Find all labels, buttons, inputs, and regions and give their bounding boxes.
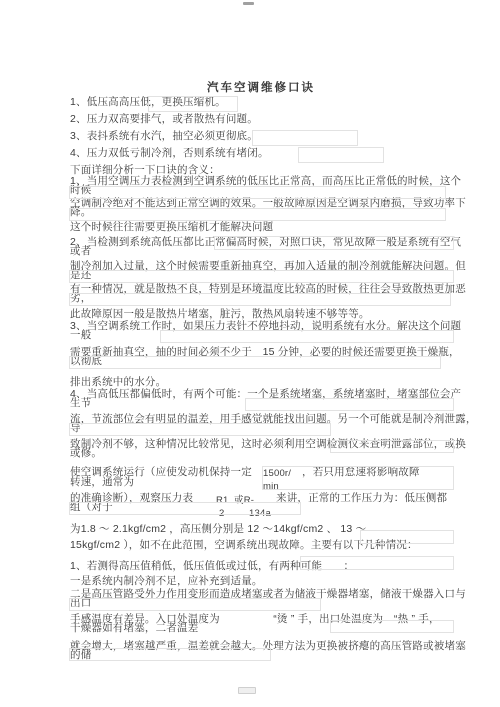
- carry-fragment: 出口: [70, 597, 91, 609]
- page-top-mark: [243, 2, 254, 5]
- carry-fragment: 降。: [70, 206, 91, 218]
- text-line: 二是高压管路受外力作用变形而造成堵塞或者为储液干燥器堵塞，储液干燥器入口与: [70, 588, 466, 600]
- carry-fragment: 时候: [70, 184, 91, 196]
- carry-fragment: 或修。: [70, 447, 102, 459]
- carry-fragment: 生节: [70, 397, 91, 409]
- text-line: 2、压力双高要排气，或者散热有问题。: [70, 113, 258, 125]
- carry-fragment: 干燥器如有堵塞，二者温差: [70, 622, 198, 634]
- refrigerant-r134a-top: 或R-: [234, 495, 254, 506]
- page-bottom-mark[interactable]: [238, 687, 256, 694]
- text-line: 这个时候往往需要更换压缩机才能解决问题: [70, 221, 273, 233]
- text-line: 制冷剂加入过量，这个时候需要重新抽真空，再加入适量的制冷剂就能解决问题。但: [70, 260, 466, 272]
- document-page: 汽车空调维修口诀 1、低压高高压低，更换压缩机。2、压力双高要排气，或者散热有问…: [0, 0, 500, 707]
- text-line: 15kgf/cm2 ），如不在此范围，空调系统出现故障。主要有以下几种情况：: [70, 539, 418, 551]
- carry-fragment: 组（对于: [70, 501, 113, 513]
- text-line: 就会增大，堵塞越严重，温差就会越大。处理方法为更换被挤瘪的高压管路或被堵塞: [70, 640, 466, 652]
- refrigerant-r12-bottom: 2: [219, 508, 224, 519]
- refrigerant-r134a-bottom: 134a: [249, 508, 271, 519]
- text-line: 4、当高低压都偏低时，有两个可能：一个是系统堵塞，系统堵塞时，堵塞部位会产: [70, 388, 461, 400]
- refrigerant-r12-top: R1: [216, 495, 229, 506]
- carry-fragment: 的储: [70, 649, 91, 661]
- text-line: 空调制冷绝对不能达到正常空调的效果。一般故障原因是空调泵内磨损，导致功率下: [70, 197, 466, 209]
- text-line: 3、表抖系统有水汽，抽空必须更彻底。: [70, 130, 258, 142]
- text-line: 一是系统内制冷剂不足，应补充到适量。: [70, 575, 263, 587]
- carry-fragment: 以彻底: [70, 355, 102, 367]
- carry-fragment: 导: [70, 422, 81, 434]
- text-line: 需要重新抽真空，抽的时间必须不少于 15 分钟，必要的时候还需要更换干燥瓶，: [70, 346, 460, 358]
- carry-fragment: 或者: [70, 245, 91, 257]
- rpm-value: 1500r/: [263, 468, 291, 479]
- text-line: 排出系统中的水分。: [70, 376, 166, 388]
- text-line: 此故障原因一般是散热片堵塞，脏污，散热风扇转速不够等等。: [70, 308, 370, 320]
- text-line: 3、当空调系统工作时，如果压力表针不停地抖动，说明系统有水分。解决这个问题: [70, 320, 461, 332]
- text-box-artifact: [252, 130, 358, 146]
- carry-fragment: 是还: [70, 269, 91, 281]
- carry-fragment: 一般: [70, 329, 91, 341]
- text-line: ，若只用怠速将影响故障: [302, 466, 420, 478]
- rpm-unit: min: [263, 481, 279, 492]
- text-line: 致制冷剂不够，这种情况比较常见，这时必须利用空调检测仪来查明泄露部位，或换: [70, 438, 466, 450]
- text-line: 1、若测得高压值稍低，低压值低或过低，有两种可能 ：: [70, 560, 354, 572]
- text-line: 为1.8 ～ 2.1kgf/cm2 ，高压侧分别是 12 ～14kgf/cm2 …: [70, 523, 366, 535]
- carry-fragment: 转速，通常为: [70, 476, 134, 488]
- document-title: 汽车空调维修口诀: [70, 79, 452, 95]
- text-box-artifact: [298, 147, 384, 163]
- text-line: 1、低压高高压低，更换压缩机。: [70, 96, 226, 108]
- text-line: 1、当用空调压力表检测到空调系统的低压比正常高，而高压比正常低的时候，这个: [70, 175, 461, 187]
- text-line: 2、当检测到系统高低压都比正常偏高时候，对照口诀，常见故障一般是系统有空气: [70, 236, 461, 248]
- text-line: 4、压力双低亏制冷剂，否则系统有堵闭。: [70, 147, 269, 159]
- carry-fragment: 劣，: [70, 292, 91, 304]
- text-line: 有一种情况，就是散热不良，特别是环境温度比较高的时候，往往会导致散热更加恶: [70, 283, 466, 295]
- text-box-artifact: [69, 208, 446, 221]
- text-line: 来讲，正常的工作压力为：低压侧都: [276, 492, 447, 504]
- text-line: 流，节流部位会有明显的温差，用手感觉就能找出问题。另一个可能就是制冷剂泄露，: [70, 413, 477, 425]
